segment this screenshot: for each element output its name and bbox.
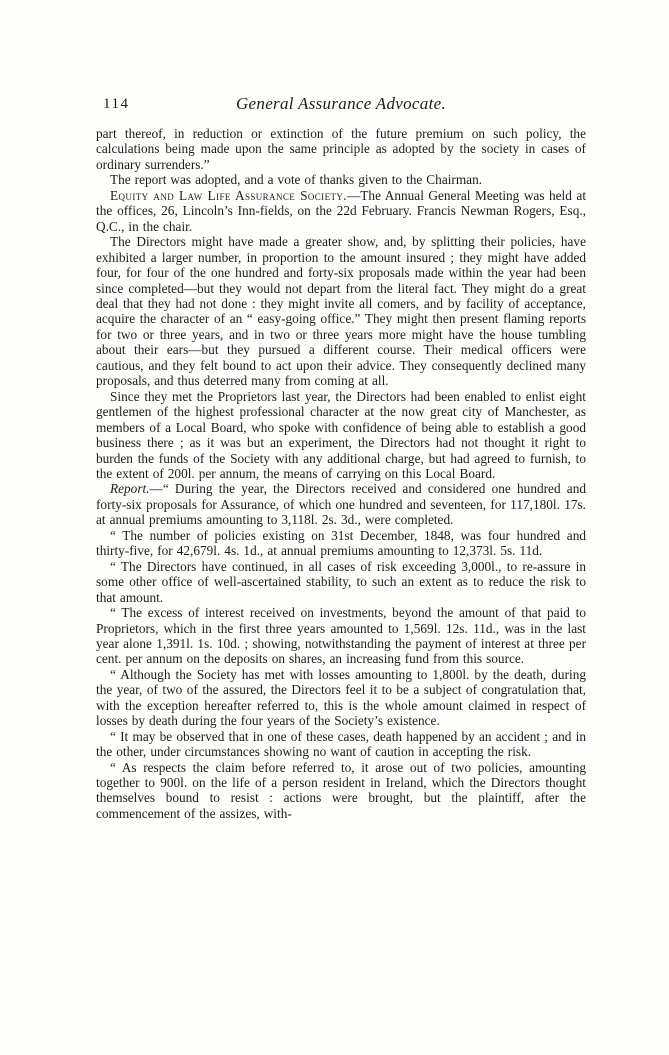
document-page: 114 General Assurance Advocate. part the… — [0, 0, 669, 1055]
paragraph-losses: “ Although the Society has met with loss… — [96, 667, 586, 729]
report-label: Report. — [110, 481, 150, 496]
page-number: 114 — [103, 96, 129, 113]
paragraph-report-adopted: The report was adopted, and a vote of th… — [96, 172, 586, 187]
paragraph-ireland-claim: “ As respects the claim before referred … — [96, 760, 586, 822]
paragraph-continuation: part thereof, in reduction or extinction… — [96, 126, 586, 172]
running-title: General Assurance Advocate. — [96, 94, 586, 114]
paragraph-text: —“ During the year, the Directors receiv… — [96, 481, 586, 527]
paragraph-excess-interest: “ The excess of interest received on inv… — [96, 605, 586, 667]
paragraph-policies-existing: “ The number of policies existing on 31s… — [96, 528, 586, 559]
society-name: Equity and Law Life Assurance Society. — [110, 188, 347, 203]
page-body: part thereof, in reduction or extinction… — [96, 126, 586, 821]
paragraph-directors-show: The Directors might have made a greater … — [96, 234, 586, 389]
page-header: 114 General Assurance Advocate. — [96, 94, 586, 118]
paragraph-report-opening: Report.—“ During the year, the Directors… — [96, 481, 586, 527]
paragraph-society-heading: Equity and Law Life Assurance Society.—T… — [96, 188, 586, 234]
paragraph-reassurance: “ The Directors have continued, in all c… — [96, 559, 586, 605]
paragraph-local-board: Since they met the Proprietors last year… — [96, 389, 586, 482]
paragraph-observed-cases: “ It may be observed that in one of thes… — [96, 729, 586, 760]
